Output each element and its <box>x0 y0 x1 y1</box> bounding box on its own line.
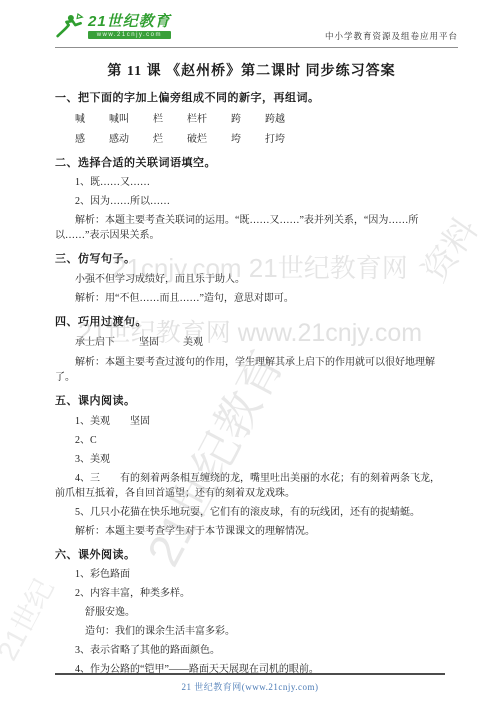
answer-line: 小强不但学习成绩好，而且乐于助人。 <box>55 272 448 287</box>
answer-line: 4、三 有的刻着两条相互缠绕的龙，嘴里吐出美丽的水花；有的刻着两条飞龙，前爪相互… <box>55 471 448 501</box>
word-row: 感感动烂破烂垮打垮 <box>55 132 448 147</box>
word-item: 垮 <box>231 132 241 147</box>
brand-logo: 21世纪教育 www.21cnjy.com <box>55 14 171 44</box>
brand-url-bar: www.21cnjy.com <box>88 31 171 39</box>
footer-site-link: 21 世纪教育网(www.21cnjy.com) <box>55 680 445 693</box>
worksheet-content: 第 11 课 《赵州桥》第二课时 同步练习答案 一、把下面的字加上偏旁组成不同的… <box>0 61 500 677</box>
word-item: 跨越 <box>265 112 285 127</box>
word-item: 坚固 <box>139 335 159 350</box>
word-row: 承上启下坚固美观 <box>55 335 448 350</box>
word-item: 破烂 <box>187 132 207 147</box>
answer-line: 1、美观 坚固 <box>55 414 448 429</box>
answer-line: 5、几只小花猫在快乐地玩耍，它们有的滚皮球，有的玩线团，还有的捉蜻蜓。 <box>55 505 448 520</box>
worksheet-title: 第 11 课 《赵州桥》第二课时 同步练习答案 <box>55 61 448 82</box>
word-item: 栏杆 <box>187 112 207 127</box>
word-item: 美观 <box>183 335 203 350</box>
section-heading: 二、选择合适的关联词语填空。 <box>55 155 448 172</box>
section-heading: 六、课外阅读。 <box>55 547 448 564</box>
brand-name: 21世纪教育 <box>88 14 171 29</box>
answer-line: 解析：本题主要考查过渡句的作用，学生理解其承上启下的作用就可以很好地理解了。 <box>55 355 448 385</box>
answer-line: 2、因为……所以…… <box>55 194 448 209</box>
answer-line: 造句：我们的课余生活丰富多彩。 <box>55 624 448 639</box>
answer-line: 解析：本题主要考查学生对于本节课课文的理解情况。 <box>55 524 448 539</box>
word-item: 喊 <box>75 112 85 127</box>
word-item: 烂 <box>153 132 163 147</box>
section-heading: 一、把下面的字加上偏旁组成不同的新字，再组词。 <box>55 90 448 107</box>
section-heading: 四、巧用过渡句。 <box>55 314 448 331</box>
section-heading: 五、课内阅读。 <box>55 393 448 410</box>
answer-line: 2、C <box>55 433 448 448</box>
answer-sections: 一、把下面的字加上偏旁组成不同的新字，再组词。喊喊叫栏栏杆跨跨越感感动烂破烂垮打… <box>55 90 448 677</box>
word-item: 栏 <box>153 112 163 127</box>
word-item: 喊叫 <box>109 112 129 127</box>
worksheet-page: 21cnjy.com 21世纪教育网21世纪教育网 www.21cnjy.com… <box>0 0 500 707</box>
answer-line: 3、美观 <box>55 452 448 467</box>
runner-icon <box>55 12 85 44</box>
word-row: 喊喊叫栏栏杆跨跨越 <box>55 112 448 127</box>
answer-line: 解析：用“不但……而且……”造句，意思对即可。 <box>55 291 448 306</box>
answer-line: 1、既……又…… <box>55 175 448 190</box>
answer-line: 舒服安逸。 <box>55 605 448 620</box>
logo-text: 21世纪教育 www.21cnjy.com <box>88 14 171 39</box>
section-heading: 三、仿写句子。 <box>55 251 448 268</box>
word-item: 承上启下 <box>75 335 115 350</box>
page-header: 21世纪教育 www.21cnjy.com 中小学教育资源及组卷应用平台 <box>55 14 458 48</box>
answer-line: 1、彩色路面 <box>55 567 448 582</box>
page-footer: 21 世纪教育网(www.21cnjy.com) <box>55 673 445 693</box>
answer-line: 2、内容丰富，种类多样。 <box>55 586 448 601</box>
answer-line: 3、表示省略了其他的路面颜色。 <box>55 643 448 658</box>
answer-line: 解析：本题主要考查关联词的运用。“既……又……”表并列关系，“因为……所以……”… <box>55 213 448 243</box>
word-item: 打垮 <box>265 132 285 147</box>
word-item: 感动 <box>109 132 129 147</box>
word-item: 感 <box>75 132 85 147</box>
word-item: 跨 <box>231 112 241 127</box>
platform-slogan: 中小学教育资源及组卷应用平台 <box>325 30 458 44</box>
